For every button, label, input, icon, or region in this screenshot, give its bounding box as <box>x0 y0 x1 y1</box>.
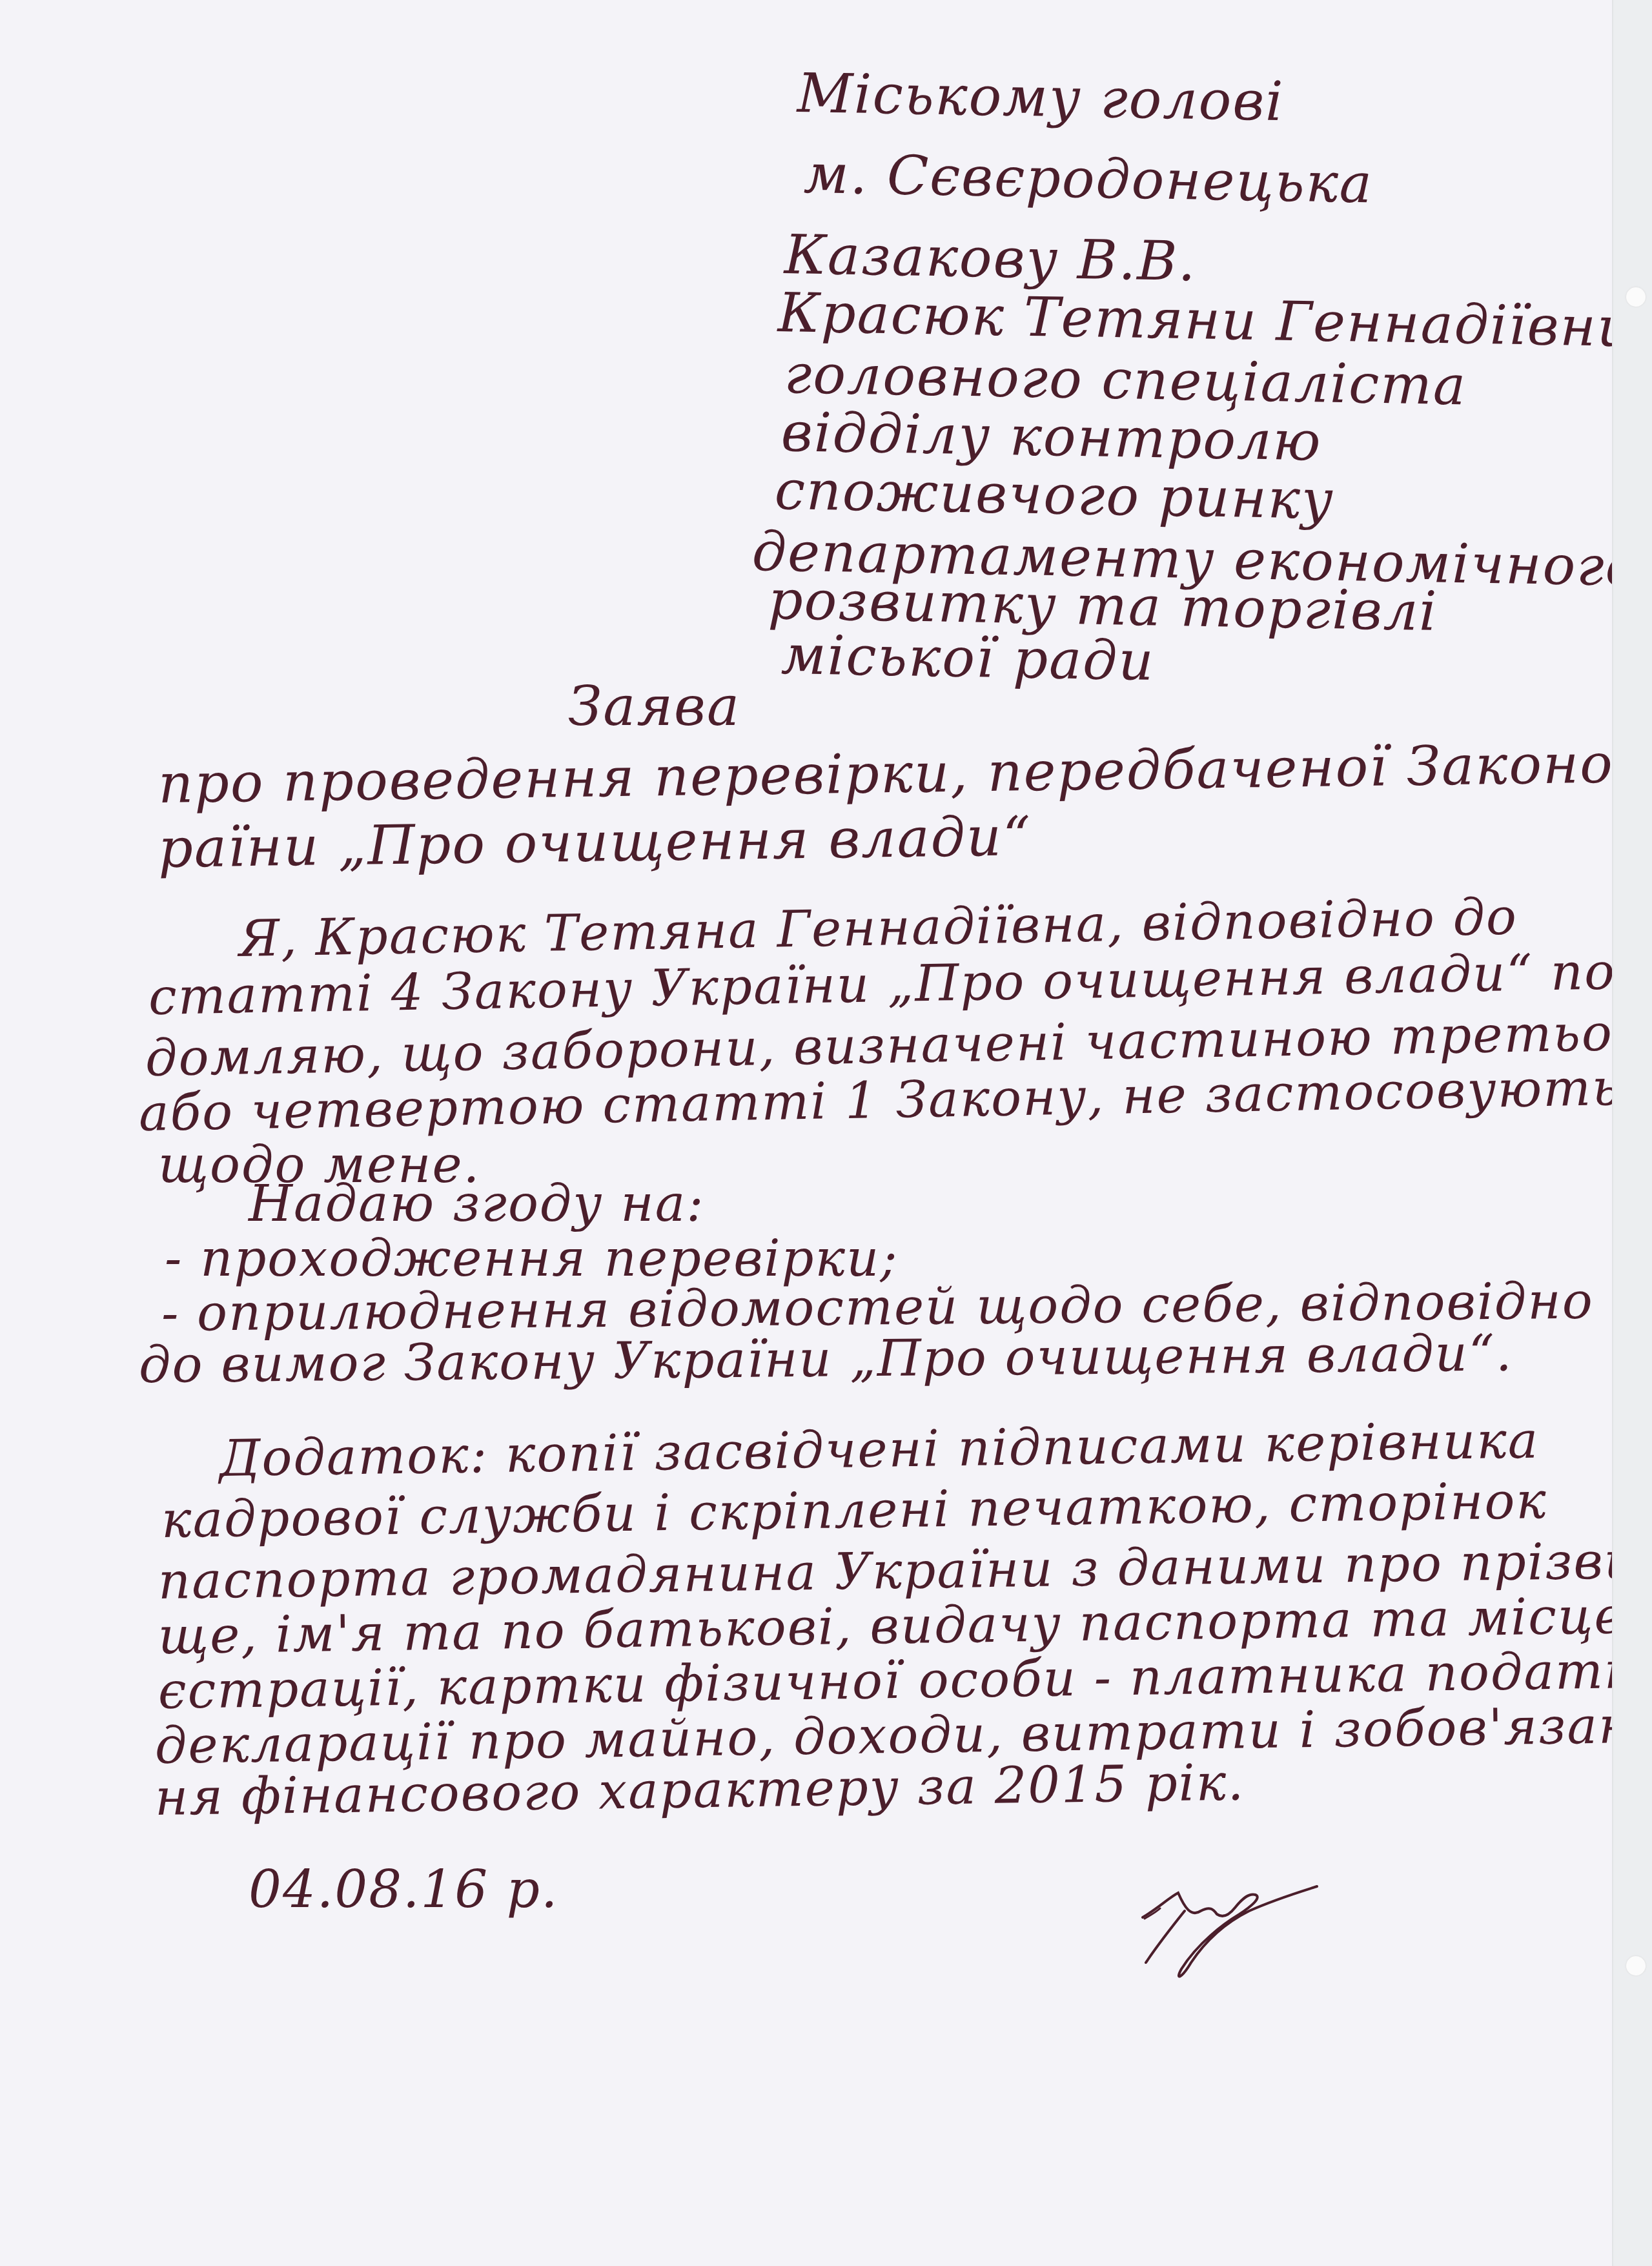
scan-edge-strip <box>1612 0 1652 2266</box>
title-subtitle-line: раїни „Про очищення влади“ <box>158 804 1032 880</box>
addressee-line: м. Сєвєродонецька <box>803 142 1374 215</box>
document-page: Міському голові м. Сєвєродонецька Казако… <box>0 0 1612 2266</box>
addressee-line: Міському голові <box>797 61 1285 133</box>
title-subtitle-line: про проведення перевірки, передбаченої З… <box>158 730 1652 815</box>
document-date: 04.08.16 р. <box>249 1859 558 1919</box>
punch-hole <box>1626 287 1646 307</box>
signature-icon <box>1120 1846 1327 1988</box>
consent-intro: Надаю згоду на: <box>249 1175 704 1233</box>
consent-item: до вимог Закону України „Про очищення вл… <box>139 1324 1513 1394</box>
punch-hole <box>1626 1956 1646 1975</box>
addressee-line: споживчого ринку <box>774 458 1334 531</box>
title-heading: Заява <box>568 675 740 738</box>
addressee-line: міської ради <box>780 623 1155 693</box>
